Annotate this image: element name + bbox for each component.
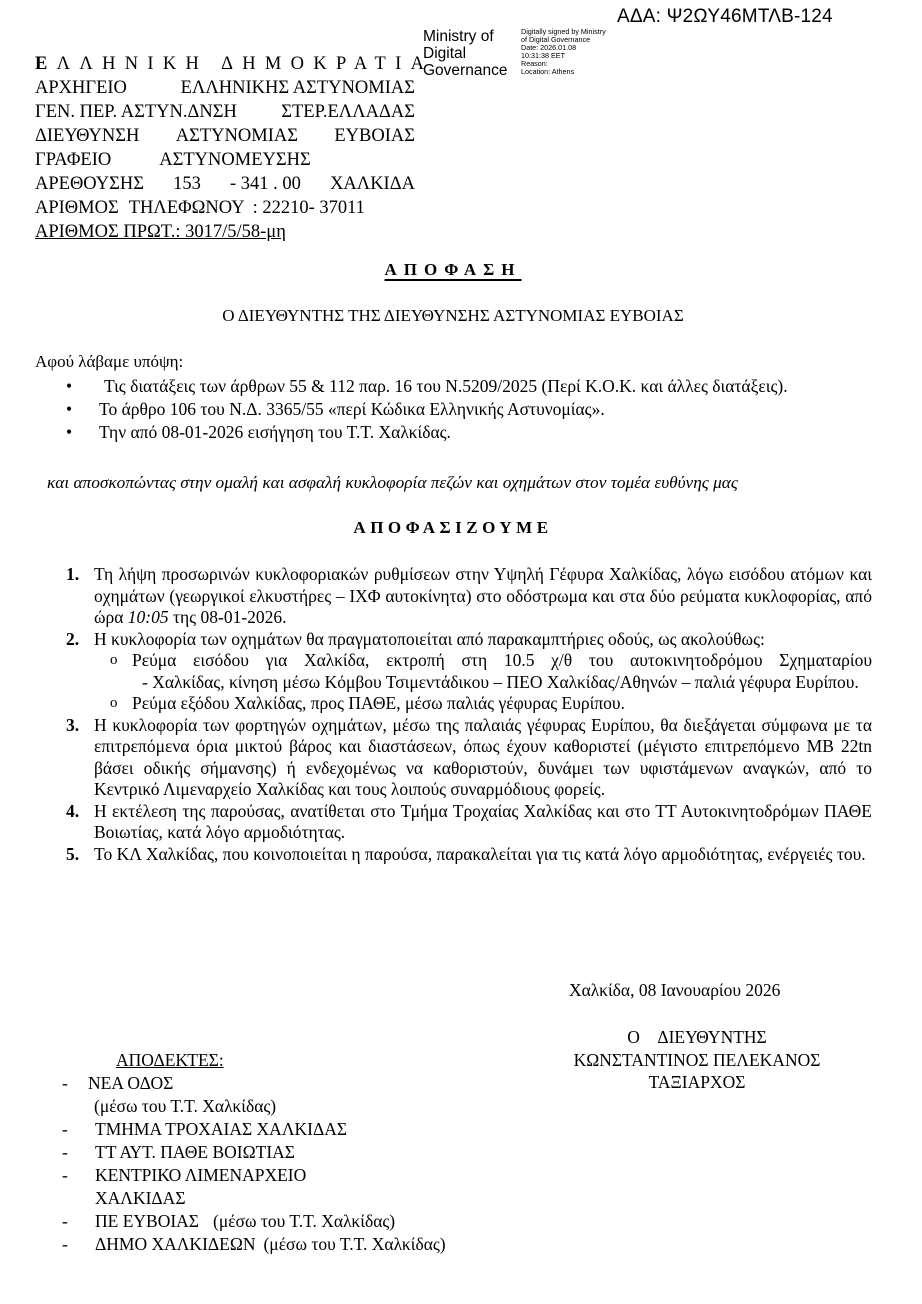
- dash-icon: -: [62, 1233, 68, 1256]
- signature-signer: Ministry of Digital Governance: [423, 28, 523, 79]
- header-line: ΓΡΑΦΕΙΟΑΣΤΥΝΟΜΕΥΣΗΣ: [35, 148, 415, 172]
- signer-role: Ο ΔΙΕΥΘΥΝΤΗΣ: [550, 1026, 844, 1049]
- item-number: 2.: [66, 629, 79, 651]
- document-title: ΑΠΟΦΑΣΗ: [0, 260, 906, 280]
- country-initial: Ε: [35, 54, 57, 74]
- decision-item: 1. Τη λήψη προσωρινών κυκλοφοριακών ρυθμ…: [66, 564, 872, 629]
- dash-icon: -: [62, 1210, 68, 1233]
- circle-bullet-icon: o: [110, 650, 118, 672]
- header-line: ΓΕΝ. ΠΕΡ. ΑΣΤΥΝ.ΔΝΣΗΣΤΕΡ.ΕΛΛΑΔΑΣ: [35, 100, 415, 124]
- sub-item: o Ρεύμα εξόδου Χαλκίδας, προς ΠΑΘΕ, μέσω…: [66, 693, 872, 715]
- signer-line: Digital: [423, 45, 523, 62]
- item-number: 4.: [66, 801, 79, 823]
- header-line: ΑΡΙΘΜΟΣΤΗΛΕΦΩΝΟΥ: 22210- 37011: [35, 196, 415, 220]
- recipient-item: - ΤΜΗΜΑ ΤΡΟΧΑΙΑΣ ΧΑΛΚΙΔΑΣ: [62, 1118, 446, 1141]
- header-line: ΔΙΕΥΘΥΝΣΗΑΣΤΥΝΟΜΙΑΣΕΥΒΟΙΑΣ: [35, 124, 415, 148]
- recipient-item: - ΤΤ ΑΥΤ. ΠΑΘΕ ΒΟΙΩΤΙΑΣ: [62, 1141, 446, 1164]
- recipients-heading: ΑΠΟΔΕΚΤΕΣ:: [62, 1049, 446, 1072]
- start-time: 10:05: [128, 607, 169, 627]
- bullet-icon: •: [66, 399, 72, 420]
- recipient-item: - ΝΕΑ ΟΔΟΣ (μέσω του Τ.Τ. Χαλκίδας): [62, 1072, 446, 1118]
- considering-intro: Αφού λάβαμε υπόψη:: [35, 352, 183, 372]
- document-subtitle: Ο ΔΙΕΥΘΥΝΤΗΣ ΤΗΣ ΔΙΕΥΘΥΝΣΗΣ ΑΣΤΥΝΟΜΙΑΣ Ε…: [0, 306, 906, 326]
- header-line: ΑΡΧΗΓΕΙΟΕΛΛΗΝΙΚΗΣ ΑΣΤΥΝΟΜΙΑΣ: [35, 76, 415, 100]
- sub-item: o Ρεύμα εισόδου για Χαλκίδα, εκτροπή στη…: [66, 650, 872, 693]
- decision-list: 1. Τη λήψη προσωρινών κυκλοφοριακών ρυθμ…: [66, 564, 872, 865]
- ada-code: ΑΔΑ: Ψ2ΩΥ46ΜΤΛΒ-124: [617, 6, 833, 28]
- decision-item: 4. Η εκτέλεση της παρούσας, ανατίθεται σ…: [66, 801, 872, 844]
- recipient-item: - ΚΕΝΤΡΙΚΟ ΛΙΜΕΝΑΡΧΕΙΟ ΧΑΛΚΙΔΑΣ: [62, 1164, 446, 1210]
- signer-rank: ΤΑΞΙΑΡΧΟΣ: [550, 1071, 844, 1094]
- dash-icon: -: [62, 1164, 68, 1187]
- signer-block: Ο ΔΙΕΥΘΥΝΤΗΣ ΚΩΝΣΤΑΝΤΙΝΟΣ ΠΕΛΕΚΑΝΟΣ ΤΑΞΙ…: [550, 1026, 844, 1094]
- dash-icon: -: [62, 1118, 68, 1141]
- place-date: Χαλκίδα, 08 Ιανουαρίου 2026: [569, 980, 780, 1001]
- list-item: • Την από 08-01-2026 εισήγηση του Τ.Τ. Χ…: [66, 422, 872, 443]
- bullet-icon: •: [66, 422, 72, 443]
- circle-bullet-icon: o: [110, 693, 118, 715]
- item-number: 1.: [66, 564, 79, 586]
- recipient-item: - ΠΕ ΕΥΒΟΙΑΣ(μέσω του Τ.Τ. Χαλκίδας): [62, 1210, 446, 1233]
- item-number: 5.: [66, 844, 79, 866]
- signature-detail: Location: Athens: [521, 68, 631, 76]
- list-item: • Το άρθρο 106 του Ν.Δ. 3365/55 «περί Κώ…: [66, 399, 872, 420]
- bullet-icon: •: [66, 376, 72, 397]
- purpose-statement: και αποσκοπώντας στην ομαλή και ασφαλή κ…: [47, 473, 738, 493]
- letterhead: ΕΛΛΗΝΙΚΗ ΔΗΜΟΚΡΑΤΙΑ ΑΡΧΗΓΕΙΟΕΛΛΗΝΙΚΗΣ ΑΣ…: [35, 52, 415, 244]
- country-name: ΕΛΛΗΝΙΚΗ ΔΗΜΟΚΡΑΤΙΑ: [35, 52, 415, 76]
- dash-icon: -: [62, 1141, 68, 1164]
- decision-item: 2. Η κυκλοφορία των οχημάτων θα πραγματο…: [66, 629, 872, 651]
- decision-heading: ΑΠΟΦΑΣΙΖΟΥΜΕ: [0, 518, 906, 538]
- decision-item: 3. Η κυκλοφορία των φορτηγών οχημάτων, μ…: [66, 715, 872, 801]
- signature-details: Digitally signed by Ministry of Digital …: [521, 28, 631, 76]
- signer-name: ΚΩΝΣΤΑΝΤΙΝΟΣ ΠΕΛΕΚΑΝΟΣ: [550, 1049, 844, 1072]
- protocol-number: ΑΡΙΘΜΟΣ ΠΡΩΤ.: 3017/5/58-μη: [35, 220, 415, 244]
- recipients-block: ΑΠΟΔΕΚΤΕΣ: - ΝΕΑ ΟΔΟΣ (μέσω του Τ.Τ. Χαλ…: [62, 1049, 446, 1256]
- decision-item: 5. Το ΚΛ Χαλκίδας, που κοινοποιείται η π…: [66, 844, 872, 866]
- dash-icon: -: [62, 1072, 68, 1095]
- signer-line: Governance: [423, 62, 523, 79]
- signer-line: Ministry of: [423, 28, 523, 45]
- list-item: • Τις διατάξεις των άρθρων 55 & 112 παρ.…: [66, 376, 872, 397]
- recipient-item: - ΔΗΜΟ ΧΑΛΚΙΔΕΩΝ(μέσω του Τ.Τ. Χαλκίδας): [62, 1233, 446, 1256]
- item-number: 3.: [66, 715, 79, 737]
- header-line: ΑΡΕΘΟΥΣΗΣ153- 341 . 00ΧΑΛΚΙΔΑ: [35, 172, 415, 196]
- country-rest: ΛΛΗΝΙΚΗ ΔΗΜΟΚΡΑΤΙΑ: [57, 54, 434, 74]
- considering-list: • Τις διατάξεις των άρθρων 55 & 112 παρ.…: [66, 376, 872, 445]
